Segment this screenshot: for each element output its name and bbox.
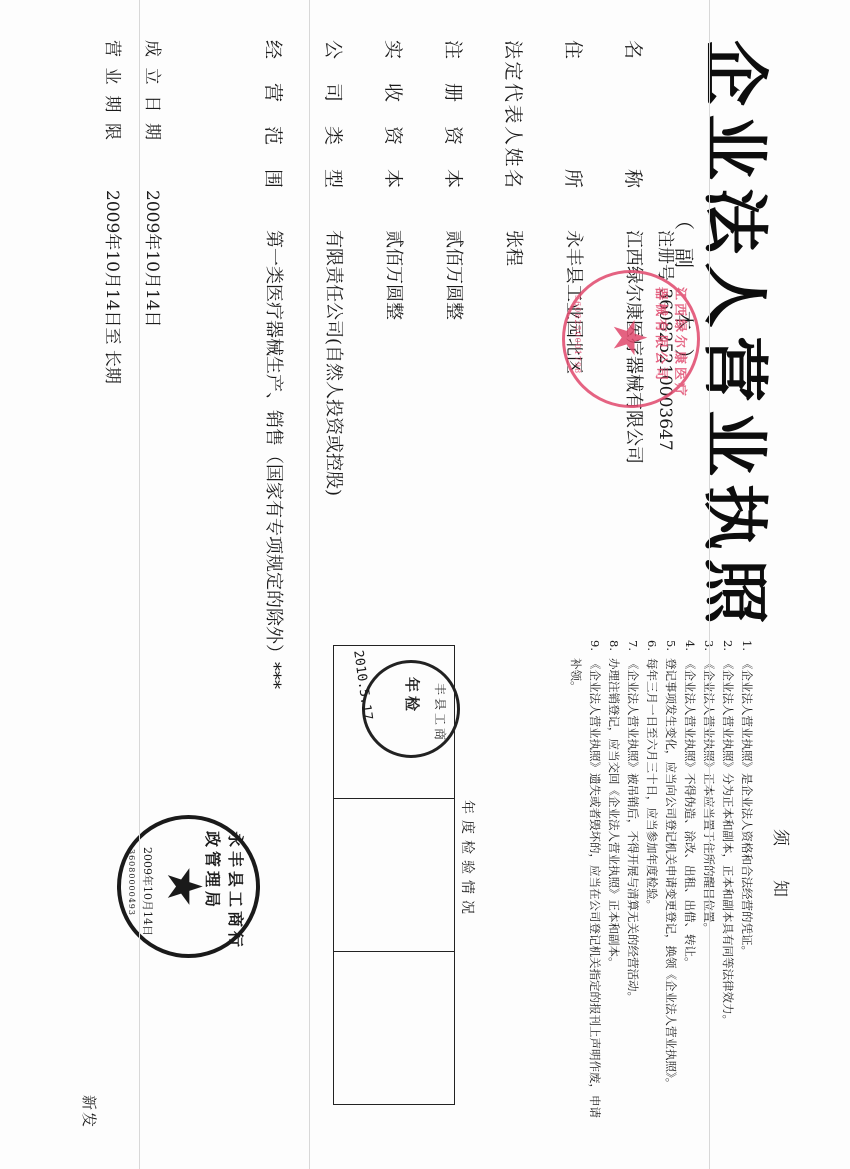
authority-seal-date: 2009年10月14日 <box>140 847 156 936</box>
license-title: 企业法人营业执照 <box>693 40 788 600</box>
date-business-term: 营业期限 2009年10月14日至 长期 <box>100 40 130 640</box>
company-seal-code: 3608250001798 <box>573 295 582 374</box>
notice-section: 须知 1.《企业法人营业执照》是企业法人资格和合法经营的凭证。 2.《企业法人营… <box>566 640 795 1120</box>
notice-item: 7.《企业法人营业执照》被吊销后，不得开展与清算无关的经营活动。 <box>623 640 642 1120</box>
notice-title: 须知 <box>770 640 795 1120</box>
notice-item: 1.《企业法人营业执照》是企业法人资格和合法经营的凭证。 <box>737 640 756 1120</box>
scan-artifact <box>309 0 310 1169</box>
scan-artifact <box>709 0 710 1169</box>
notice-item: 9.《企业法人营业执照》遗失或者毁坏的，应当在公司登记机关指定的报刊上声明作废，… <box>566 640 604 1120</box>
scan-artifact <box>139 0 140 1169</box>
field-business-scope: 经营范围 第一类医疗器械生产、销售（国家有专项规定的除外）*** <box>260 40 290 940</box>
star-icon: ★ <box>603 317 657 358</box>
notice-item: 5.登记事项发生变化，应当向公司登记机关申请变更登记，换领《企业法人营业执照》。 <box>661 640 680 1120</box>
field-legal-rep: 法定代表人姓名 张程 <box>500 40 530 940</box>
notice-item: 6.每年三月一日至六月三十日，应当参加年度检验。 <box>642 640 661 1120</box>
inspection-stamp-text: 年检 <box>402 677 423 715</box>
registration-label: 注册号 <box>655 230 675 281</box>
authority-seal-code: 36080000493 <box>127 849 136 916</box>
notice-item: 4.《企业法人营业执照》不得伪造、涂改、出租、出借、转让。 <box>680 640 699 1120</box>
annual-inspection-stamp: 丰县工商 年检 <box>362 660 460 758</box>
star-icon: ★ <box>156 865 212 908</box>
company-seal-name: 江西绿尔康医疗器械有限公司 <box>653 287 691 405</box>
issue-note: 新发 <box>79 1095 100 1129</box>
date-established: 成立日期 2009年10月14日 <box>140 40 170 640</box>
inspection-title: 年度检验情况 <box>458 800 478 920</box>
inspection-cell <box>334 952 454 1104</box>
business-license-document: 企业法人营业执照 （副 本） 注册号 360825210003647 名 称 江… <box>0 0 850 1169</box>
notice-item: 2.《企业法人营业执照》分为正本和副本，正本和副本具有同等法律效力。 <box>718 640 737 1120</box>
company-seal: 江西绿尔康医疗器械有限公司 ★ 3608250001798 <box>562 270 700 408</box>
inspection-cell <box>334 799 454 952</box>
notice-item: 8.办理注销登记，应当交回《企业法人营业执照》正本和副本。 <box>604 640 623 1120</box>
inspection-stamp-top: 丰县工商 <box>432 683 449 743</box>
